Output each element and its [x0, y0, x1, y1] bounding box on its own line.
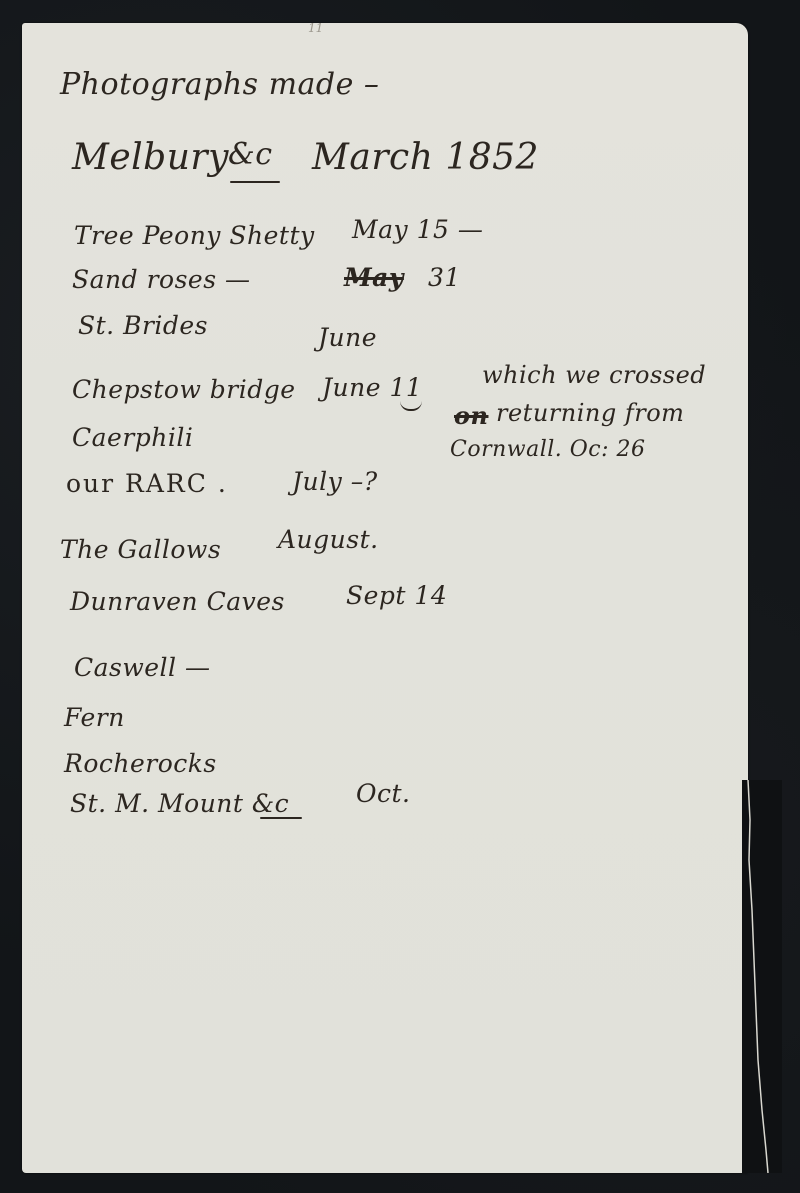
date-underline-mark: [400, 401, 422, 411]
entry-date-12: Oct.: [356, 779, 411, 808]
entry-subject-8: Dunraven Caves: [70, 587, 285, 616]
heading-date: March 1852: [312, 137, 539, 178]
entry-subject-12: St. M. Mount &c: [70, 789, 289, 818]
torn-paper-edge: [742, 780, 782, 1173]
entry-subject-10: Fern: [64, 703, 125, 732]
entry-date-4: June 11: [322, 373, 422, 402]
entry-date-8: Sept 14: [346, 581, 447, 610]
manuscript-sheet: 11 Photographs made – Melbury &c March 1…: [22, 23, 748, 1173]
entry-12-etc-underline: [260, 817, 302, 819]
entry-date-7: August.: [278, 525, 379, 554]
page-title: Photographs made –: [60, 67, 379, 102]
heading-etc-underline: [230, 181, 280, 183]
top-faint-mark: 11: [308, 21, 323, 35]
entry-date-struck-2: May: [344, 263, 404, 292]
side-note-line-2: returning from: [496, 399, 684, 427]
entry-subject-7: The Gallows: [60, 535, 221, 564]
entry-date-2: 31: [428, 263, 461, 292]
entry-subject-6: our RARC .: [66, 469, 228, 498]
entry-subject-11: Rocherocks: [64, 749, 217, 778]
entry-subject-5: Caerphili: [72, 423, 193, 452]
entry-subject-2: Sand roses —: [72, 265, 251, 294]
tear-line-icon: [746, 780, 782, 1173]
entry-date-3: June: [318, 323, 377, 352]
side-note-line-3: Cornwall. Oc: 26: [450, 437, 646, 462]
side-note-struck-word: on: [454, 401, 488, 430]
entry-subject-1: Tree Peony Shetty: [74, 221, 315, 250]
entry-subject-9: Caswell —: [74, 653, 211, 682]
entry-date-1: May 15 —: [352, 215, 483, 244]
heading-place: Melbury: [72, 137, 229, 178]
entry-date-6: July –?: [292, 467, 378, 496]
side-note-line-1: which we crossed: [482, 361, 706, 389]
entry-subject-4: Chepstow bridge: [72, 375, 296, 404]
entry-subject-3: St. Brides: [78, 311, 208, 340]
heading-etc: &c: [228, 137, 273, 172]
